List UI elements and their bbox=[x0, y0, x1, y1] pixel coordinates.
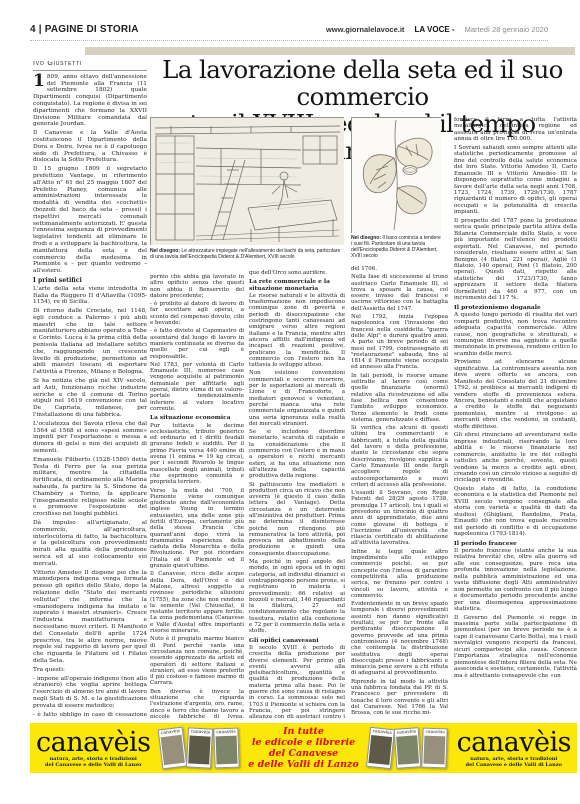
article-paragraph: que dell'Orco sono aurifere. bbox=[249, 270, 345, 276]
magazine-cover: canavèis bbox=[421, 728, 447, 769]
article-subhead: I primi setifici bbox=[33, 278, 147, 285]
cover-title: canavèis bbox=[425, 730, 444, 736]
issue-date: Martedì 28 gennaio 2020 bbox=[465, 25, 548, 34]
main-image-caption: Nel disegno: Le attrezzature impiegate n… bbox=[150, 249, 344, 265]
article-subhead: La rete commerciale e la situazione mone… bbox=[249, 279, 345, 292]
magazine-cover: canavèis bbox=[186, 727, 213, 768]
article-paragraph: Si pattuiscono tra mediatori e produttor… bbox=[249, 482, 345, 558]
ad-logo-text: canavèis bbox=[36, 729, 150, 756]
ad-tagline: natura, arte, storia e tradizioni del Ca… bbox=[466, 756, 562, 768]
article-paragraph: Verso la metà del '700, il Piemonte vien… bbox=[150, 488, 244, 570]
article-paragraph: Ben diversa è invece la situazione che r… bbox=[150, 689, 244, 718]
magazine-cover: canavèis bbox=[158, 727, 188, 770]
cover-art-image bbox=[396, 735, 419, 764]
workshop-engraving-illustration bbox=[150, 117, 344, 245]
article-paragraph: Dà impulso all'artigianato, al commercio… bbox=[33, 520, 147, 568]
column-1-text: 1809, anno ottavo dell'annessione del Pi… bbox=[33, 74, 147, 718]
title-accent-bar bbox=[85, 47, 575, 55]
article-subhead: Gli opifici canavesani bbox=[249, 638, 345, 644]
silkworm-leaf-engraving-illustration bbox=[351, 117, 441, 233]
magazine-cover: canavèis bbox=[394, 727, 422, 769]
article-paragraph: Noto è il pregiato marmo bianco di Pont … bbox=[150, 636, 244, 686]
header-right: www.giornalelavoce.it LA VOCE - Martedì … bbox=[326, 25, 548, 34]
article-paragraph: Di ritorno dalle Crociate, nel 1148, egl… bbox=[33, 308, 147, 376]
article-subhead: Il periodo francese bbox=[454, 541, 577, 547]
ad-logo-right: canavèis natura, arte, storia e tradizio… bbox=[457, 729, 571, 768]
magazine-covers-left: canavèis canavèis canavèis bbox=[160, 728, 239, 768]
website-url: www.giornalelavoce.it bbox=[326, 25, 405, 34]
magazine-cover: canavèis bbox=[366, 727, 395, 769]
article-paragraph: pernio che abbia già lavorato in altro o… bbox=[150, 274, 244, 299]
article-paragraph: Il Canavese, ricco delle acque della Dor… bbox=[150, 571, 244, 634]
workshop-engraving-drawing bbox=[151, 118, 344, 245]
magazine-cover: canavèis bbox=[213, 728, 239, 769]
article-column-2: pernio che abbia già lavorato in altro o… bbox=[150, 274, 244, 718]
article-paragraph: Nella fase di successione al trono austr… bbox=[351, 274, 448, 312]
article-column-4: del 1706.Nella fase di successione al tr… bbox=[351, 266, 448, 718]
article-paragraph: - è fatto obbligo in caso di cessazione … bbox=[33, 712, 147, 718]
article-paragraph: Si ha notizia che già nel XIV secolo, ad… bbox=[33, 378, 147, 419]
header-divider bbox=[30, 40, 548, 41]
article-paragraph: Proviamo ad elencarne alcune significati… bbox=[454, 359, 577, 430]
article-paragraph: Il Governo del Piemonte si regge in mass… bbox=[454, 615, 577, 680]
article-subhead: La situazione economica bbox=[150, 415, 244, 421]
article-paragraph: Il secolo XVIII è periodo di crescita de… bbox=[249, 645, 345, 718]
cover-art-image bbox=[188, 735, 210, 764]
article-paragraph: Questo stato di fatto, la condizione eco… bbox=[454, 486, 577, 538]
article-paragraph: Emanuele Filiberto (1528-1580) detta Tes… bbox=[33, 457, 147, 518]
newspaper-page: 4 | PAGINE DI STORIA www.giornalelavoce.… bbox=[0, 0, 580, 804]
article-paragraph: Le risorse naturali e le attività di tra… bbox=[249, 293, 345, 369]
article-paragraph: - è proibito al datore di lavoro di far … bbox=[150, 301, 244, 326]
article-paragraph: Ma poiché in ogni angolo del mondo, in o… bbox=[249, 559, 345, 635]
article-paragraph: Infine le leggi quale altro impedimento … bbox=[351, 549, 448, 599]
ad-tagline-line2: del Canavese e delle Valli di Lanzo bbox=[45, 762, 141, 768]
cover-art-image bbox=[160, 735, 184, 765]
magazine-covers-right: canavèis canavèis canavèis bbox=[368, 728, 447, 768]
ad-logo-left: canavèis natura, arte, storia e tradizio… bbox=[36, 729, 150, 768]
article-paragraph: A questo lungo periodo di risalita dei v… bbox=[454, 312, 577, 357]
article-paragraph: L'oculatezza dei Savoia rileva che dal 1… bbox=[33, 421, 147, 455]
article-paragraph: Si verifica che alcuni di questi ultimi … bbox=[351, 425, 448, 488]
masthead-name: LA VOCE - bbox=[414, 25, 454, 34]
article-paragraph: Il Canavese e la Valle d'Aosta costituis… bbox=[33, 130, 147, 164]
ad-tagline: natura, arte, storia e tradizioni del Ca… bbox=[45, 756, 141, 768]
headline-line-1: La lavorazione della seta ed il suo comm… bbox=[162, 55, 563, 111]
article-column-3: que dell'Orco sono aurifere.La rete comm… bbox=[249, 270, 345, 718]
article-paragraph: L'esaudì il Sovrano, con Regie Patenti d… bbox=[351, 490, 448, 547]
promo-line: del Canavese bbox=[269, 748, 338, 759]
cover-art-image bbox=[215, 736, 237, 765]
article-subhead: Il protezionismo doganale bbox=[454, 305, 577, 311]
cover-art-image bbox=[369, 735, 393, 765]
article-paragraph: Se si includono disordine monetario, sca… bbox=[249, 429, 345, 479]
ad-logo-text: canavèis bbox=[457, 729, 571, 756]
author-byline: Ivo Giustetti bbox=[33, 61, 147, 71]
article-paragraph: Vittorio Amedeo II dispone poi che la ma… bbox=[33, 570, 147, 665]
article-column-5: fornisce il ferro a tutta l'attività met… bbox=[454, 117, 577, 718]
leaf-engraving-drawing bbox=[352, 118, 441, 233]
article-paragraph: Riprende in tal modo la attività una fab… bbox=[351, 679, 448, 717]
article-paragraph: Nel 1783, per volontà di Carlo Emanuele … bbox=[150, 362, 244, 412]
cover-art-image bbox=[424, 736, 446, 765]
page-header: 4 | PAGINE DI STORIA www.giornalelavoce.… bbox=[30, 24, 548, 40]
canaveis-ad-banner: canavèis natura, arte, storia e tradizio… bbox=[30, 723, 577, 773]
cover-title: canavèis bbox=[190, 730, 210, 736]
cover-title: canavèis bbox=[216, 730, 235, 736]
article-paragraph: Gli ebrei rinunciano ad avventurarsi nel… bbox=[454, 432, 577, 484]
article-paragraph: - impone all'operaio indigeno (non allo … bbox=[33, 676, 147, 710]
section-title: 4 | PAGINE DI STORIA bbox=[30, 24, 139, 35]
article-column-1: Ivo Giustetti 1809, anno ottavo dell'ann… bbox=[33, 61, 147, 718]
article-paragraph: Pur tuttavia le decime ecclesiastiche, t… bbox=[150, 423, 244, 486]
promo-line: le edicole e librerie bbox=[252, 737, 355, 748]
article-paragraph: Tra questi: bbox=[33, 667, 147, 674]
promo-line: In tutte bbox=[283, 726, 324, 737]
article-paragraph: Nel 1792, inizia l'epopea napoleonica co… bbox=[351, 314, 448, 371]
article-paragraph: Il 15 giugno 1809 il segretario prefetti… bbox=[33, 166, 147, 275]
article-paragraph: In tali periodi, le risorse umane sottra… bbox=[351, 373, 448, 423]
article-paragraph: - è fatto divieto al Capomastro di assen… bbox=[150, 328, 244, 359]
article-paragraph: del 1706. bbox=[351, 266, 448, 272]
article-paragraph: Il prospetto del 1787 pone la produzione… bbox=[454, 218, 577, 302]
article-paragraph: Non esistono convenzioni commerciali e o… bbox=[249, 370, 345, 427]
article-paragraph: Evidentemente in un breve spazio tempora… bbox=[351, 601, 448, 677]
article-paragraph: L'arte della seta viene introdotta in It… bbox=[33, 286, 147, 306]
promo-line: e delle Valli di Lanzo bbox=[248, 759, 358, 770]
article-paragraph: fornisce il ferro a tutta l'attività met… bbox=[454, 117, 577, 143]
ad-tagline-line2: del Canavese e delle Valli di Lanzo bbox=[466, 762, 562, 768]
article-paragraph: Il periodo francese (stante anche la sua… bbox=[454, 548, 577, 613]
article-paragraph: I Sovrani sabaudi sono sempre attenti al… bbox=[454, 145, 577, 216]
article-paragraph: 1809, anno ottavo dell'annessione del Pi… bbox=[33, 74, 147, 128]
leaf-image-caption: Nel disegno: Il baco comincia a tendere … bbox=[351, 236, 441, 262]
ad-promo-text: In tutte le edicole e librerie del Canav… bbox=[248, 726, 358, 770]
